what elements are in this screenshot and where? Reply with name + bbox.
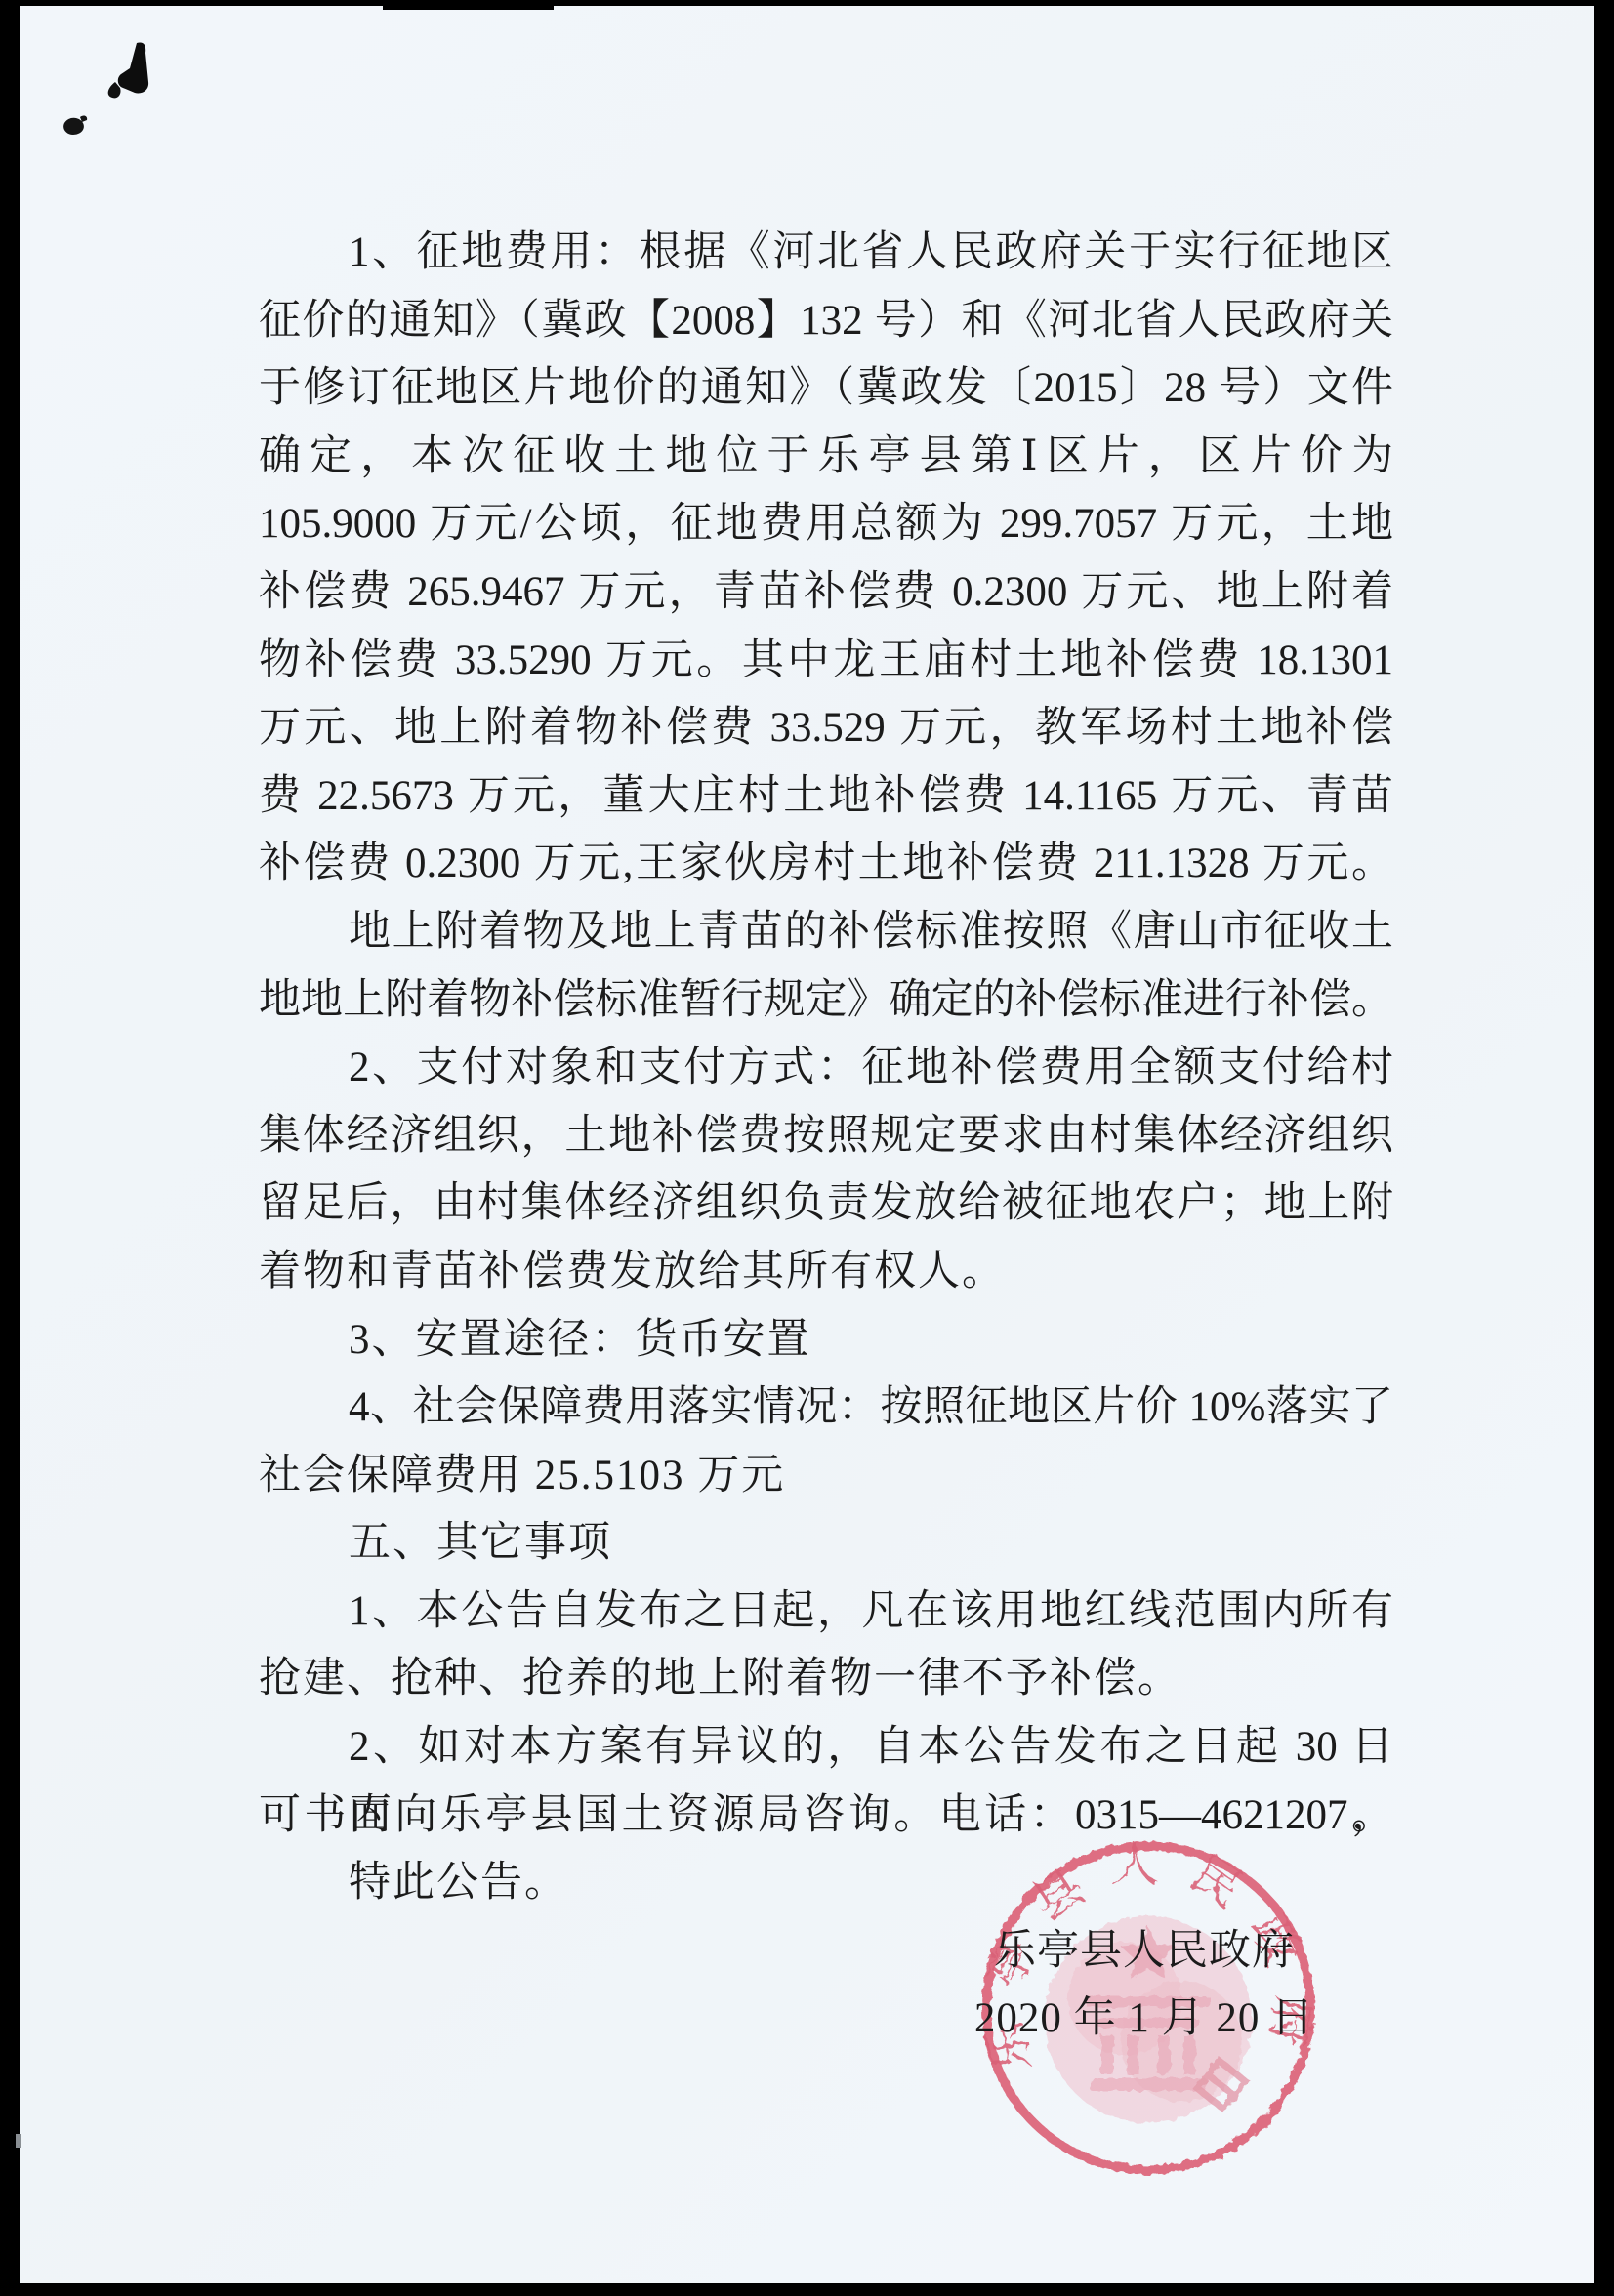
- text-line: 2020 年 1 月 20 日: [259, 1985, 1393, 2053]
- text-line: 集体经济组织，土地补偿费按照规定要求由村集体经济组织: [259, 1102, 1393, 1170]
- scan-frame-notch: [383, 0, 554, 10]
- text-line: 征价的通知》（冀政【2008】132 号）和《河北省人民政府关: [259, 287, 1393, 355]
- ink-smudge-hook: [108, 82, 121, 98]
- text-column: 1、征地费用：根据《河北省人民政府关于实行征地区征价的通知》（冀政【2008】1…: [259, 219, 1393, 2053]
- text-line: 特此公告。: [259, 1849, 1393, 1917]
- text-line: 乐亭县人民政府: [259, 1917, 1393, 1986]
- ink-smudge-small: [63, 116, 87, 135]
- text-line: 地地上附着物补偿标准暂行规定》确定的补偿标准进行补偿。: [259, 966, 1393, 1035]
- scanned-document-page: { "page": { "frame_color": "#000000", "p…: [0, 0, 1614, 2296]
- text-line: 1、本公告自发布之日起，凡在该用地红线范围内所有: [259, 1578, 1393, 1646]
- text-line: 1、征地费用：根据《河北省人民政府关于实行征地区: [259, 219, 1393, 287]
- text-line: 2、如对本方案有异议的，自本公告发布之日起 30 日内，: [259, 1713, 1393, 1782]
- text-line: 着物和青苗补偿费发放给其所有权人。: [259, 1238, 1393, 1306]
- text-line: 地上附着物及地上青苗的补偿标准按照《唐山市征收土: [259, 898, 1393, 966]
- text-line: 可书面向乐亭县国土资源局咨询。电话：0315—4621207。: [259, 1782, 1393, 1850]
- text-line: 万元、地上附着物补偿费 33.529 万元，教军场村土地补偿: [259, 694, 1393, 762]
- text-line: 4、社会保障费用落实情况：按照征地区片价 10%落实了: [259, 1373, 1393, 1442]
- text-line: 费 22.5673 万元，董大庄村土地补偿费 14.1165 万元、青苗: [259, 762, 1393, 831]
- text-line: 物补偿费 33.5290 万元。其中龙王庙村土地补偿费 18.1301: [259, 627, 1393, 695]
- ink-smudge-large: [118, 42, 148, 93]
- scan-border-nick: [16, 2134, 21, 2148]
- text-line: 社会保障费用 25.5103 万元: [259, 1442, 1393, 1510]
- text-line: 留足后，由村集体经济组织负责发放给被征地农户；地上附: [259, 1169, 1393, 1238]
- text-line: 五、其它事项: [259, 1509, 1393, 1578]
- text-line: 补偿费 265.9467 万元，青苗补偿费 0.2300 万元、地上附着: [259, 558, 1393, 627]
- text-line: 确定，本次征收土地位于乐亭县第Ⅰ区片，区片价为: [259, 423, 1393, 491]
- text-line: 抢建、抢种、抢养的地上附着物一律不予补偿。: [259, 1645, 1393, 1713]
- text-line: 3、安置途径：货币安置: [259, 1306, 1393, 1374]
- ink-smudge-marks: [0, 0, 254, 195]
- text-line: 105.9000 万元/公顷，征地费用总额为 299.7057 万元，土地: [259, 490, 1393, 558]
- text-line: 于修订征地区片地价的通知》（冀政发〔2015〕28 号）文件: [259, 354, 1393, 423]
- text-line: 2、支付对象和支付方式：征地补偿费用全额支付给村: [259, 1034, 1393, 1102]
- text-line: 补偿费 0.2300 万元,王家伙房村土地补偿费 211.1328 万元。: [259, 830, 1393, 898]
